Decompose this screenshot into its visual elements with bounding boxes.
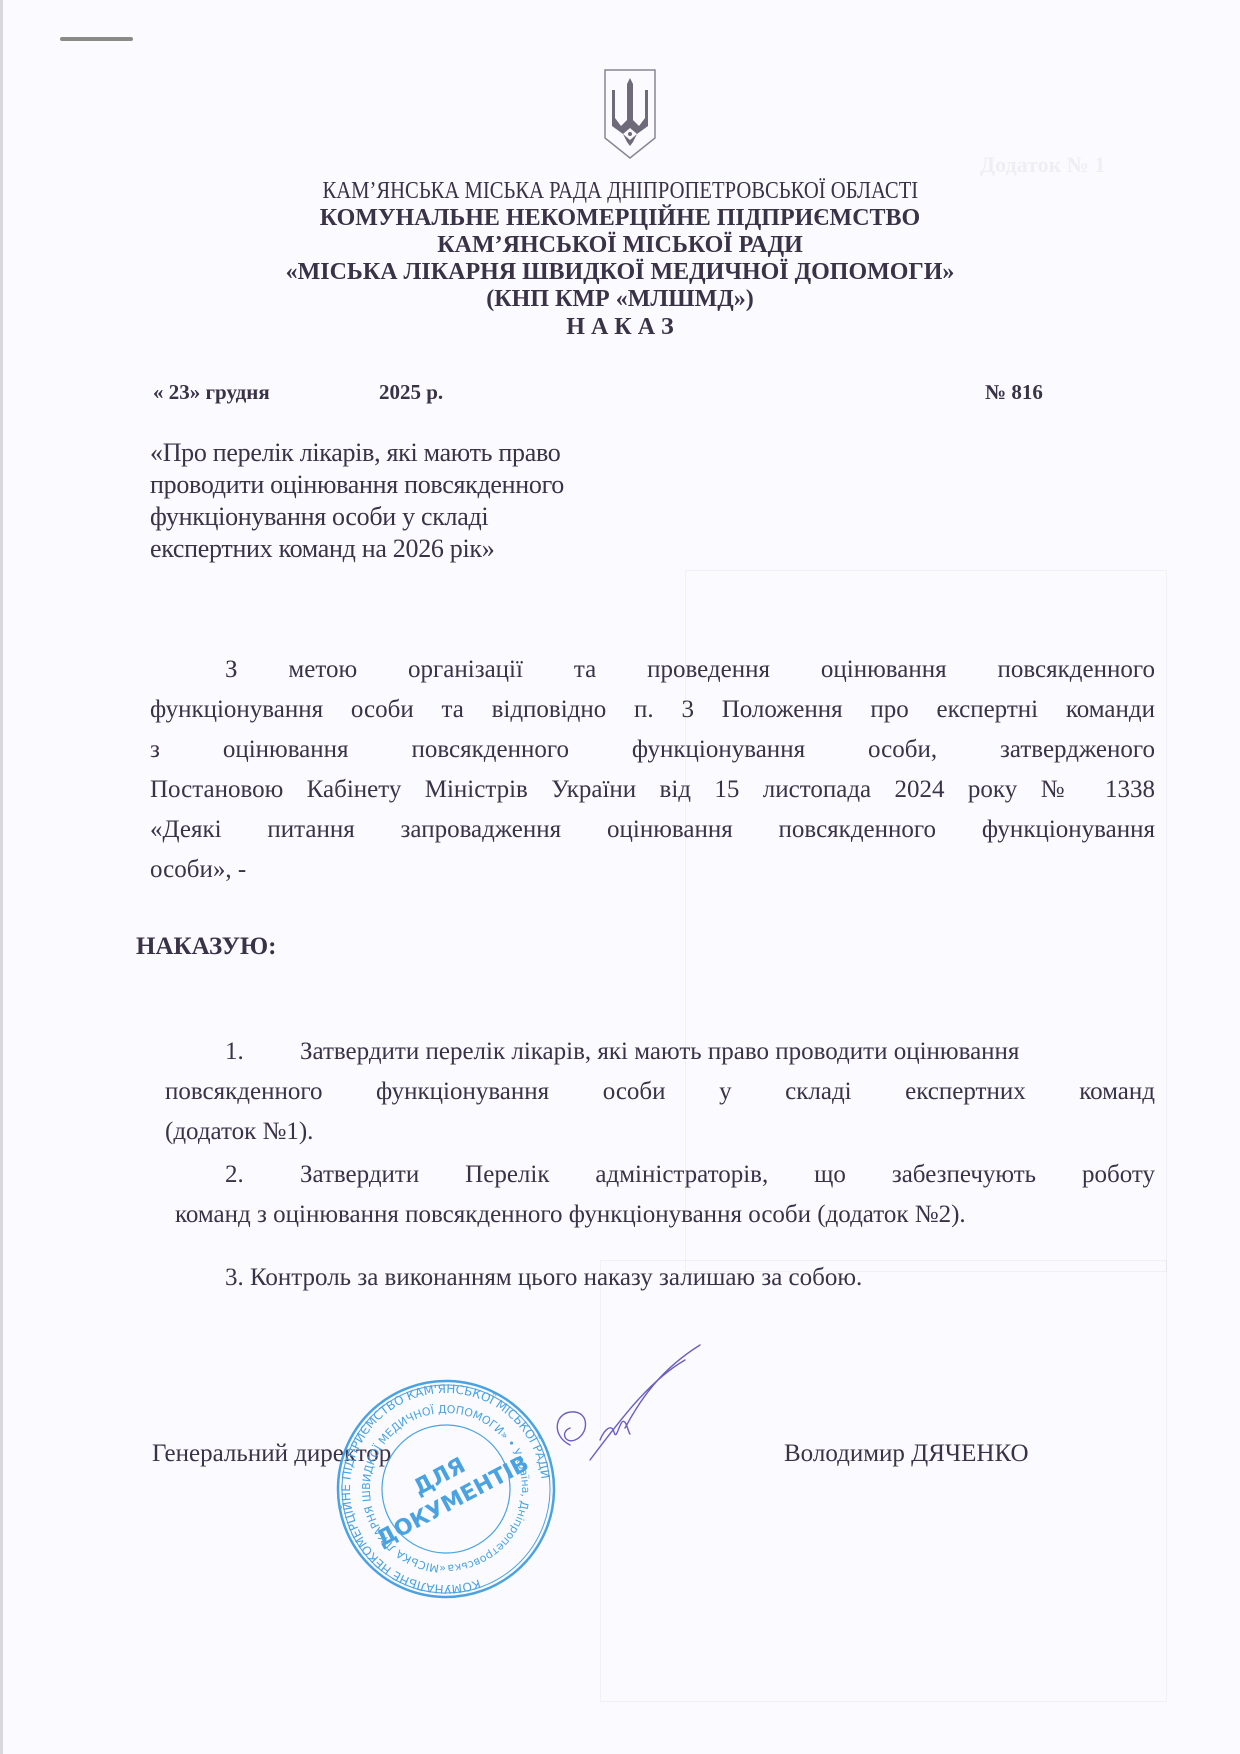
handwritten-signature-icon xyxy=(530,1340,720,1480)
official-stamp-icon: КОМУНАЛЬНЕ НЕКОМЕРЦІЙНЕ ПІДПРИЄМСТВО КАМ… xyxy=(335,1378,557,1600)
signatory-name: Володимир ДЯЧЕНКО xyxy=(784,1440,1029,1468)
preamble-line: З метою організації та проведення оцінюв… xyxy=(150,650,1155,690)
item-line: Контроль за виконанням цього наказу зали… xyxy=(250,1264,862,1291)
order-directive-heading: НАКАЗУЮ: xyxy=(136,933,276,961)
preamble-line: особи», - xyxy=(150,850,1155,890)
header-city-council: КАМ’ЯНСЬКА МІСЬКА РАДА ДНІПРОПЕТРОВСЬКОЇ… xyxy=(0,178,1240,205)
preamble-line: «Деякі питання запровадження оцінювання … xyxy=(150,810,1155,850)
document-title: Н А К А З xyxy=(0,314,1240,341)
subject-line: функціонування особи у складі xyxy=(150,501,670,533)
header-enterprise-type: КОМУНАЛЬНЕ НЕКОМЕРЦІЙНЕ ПІДПРИЄМСТВО xyxy=(0,205,1240,232)
header-abbreviation: (КНП КМР «МЛШМД») xyxy=(0,286,1240,313)
item-line: (додаток №1). xyxy=(165,1112,1155,1152)
header-hospital-name: «МІСЬКА ЛІКАРНЯ ШВИДКОЇ МЕДИЧНОЇ ДОПОМОГ… xyxy=(0,259,1240,286)
item-line: Затвердити Перелік адміністраторів, що з… xyxy=(175,1155,1155,1195)
order-item-2: 2. Затвердити Перелік адміністраторів, щ… xyxy=(175,1155,1155,1235)
subject-line: експертних команд на 2026 рік» xyxy=(150,533,670,565)
order-subject: «Про перелік лікарів, які мають право пр… xyxy=(150,437,670,565)
scan-mark xyxy=(60,37,133,41)
item-line: команд з оцінювання повсякденного функці… xyxy=(175,1195,1155,1235)
date-year: 2025 р. xyxy=(379,380,443,405)
item-number: 3. xyxy=(225,1264,244,1291)
preamble-line: Постановою Кабінету Міністрів України ві… xyxy=(150,770,1155,810)
subject-line: «Про перелік лікарів, які мають право xyxy=(150,437,670,469)
item-line: повсякденного функціонування особи у скл… xyxy=(165,1072,1155,1112)
preamble-line: функціонування особи та відповідно п. 3 … xyxy=(150,690,1155,730)
header-council-name: КАМ’ЯНСЬКОЇ МІСЬКОЇ РАДИ xyxy=(0,232,1240,259)
order-number: № 816 xyxy=(985,380,1043,405)
subject-line: проводити оцінювання повсякденного xyxy=(150,469,670,501)
item-number: 1. xyxy=(225,1032,244,1072)
item-line: Затвердити перелік лікарів, які мають пр… xyxy=(165,1032,1155,1072)
preamble-paragraph: З метою організації та проведення оцінюв… xyxy=(150,650,1155,890)
item-number: 2. xyxy=(225,1155,244,1195)
coat-of-arms-icon xyxy=(603,68,657,160)
order-item-1: 1. Затвердити перелік лікарів, які мають… xyxy=(165,1032,1155,1152)
date-day-month: « 23» грудня xyxy=(153,380,270,405)
preamble-line: з оцінювання повсякденного функціонуванн… xyxy=(150,730,1155,770)
order-item-3: 3. Контроль за виконанням цього наказу з… xyxy=(225,1258,1125,1298)
